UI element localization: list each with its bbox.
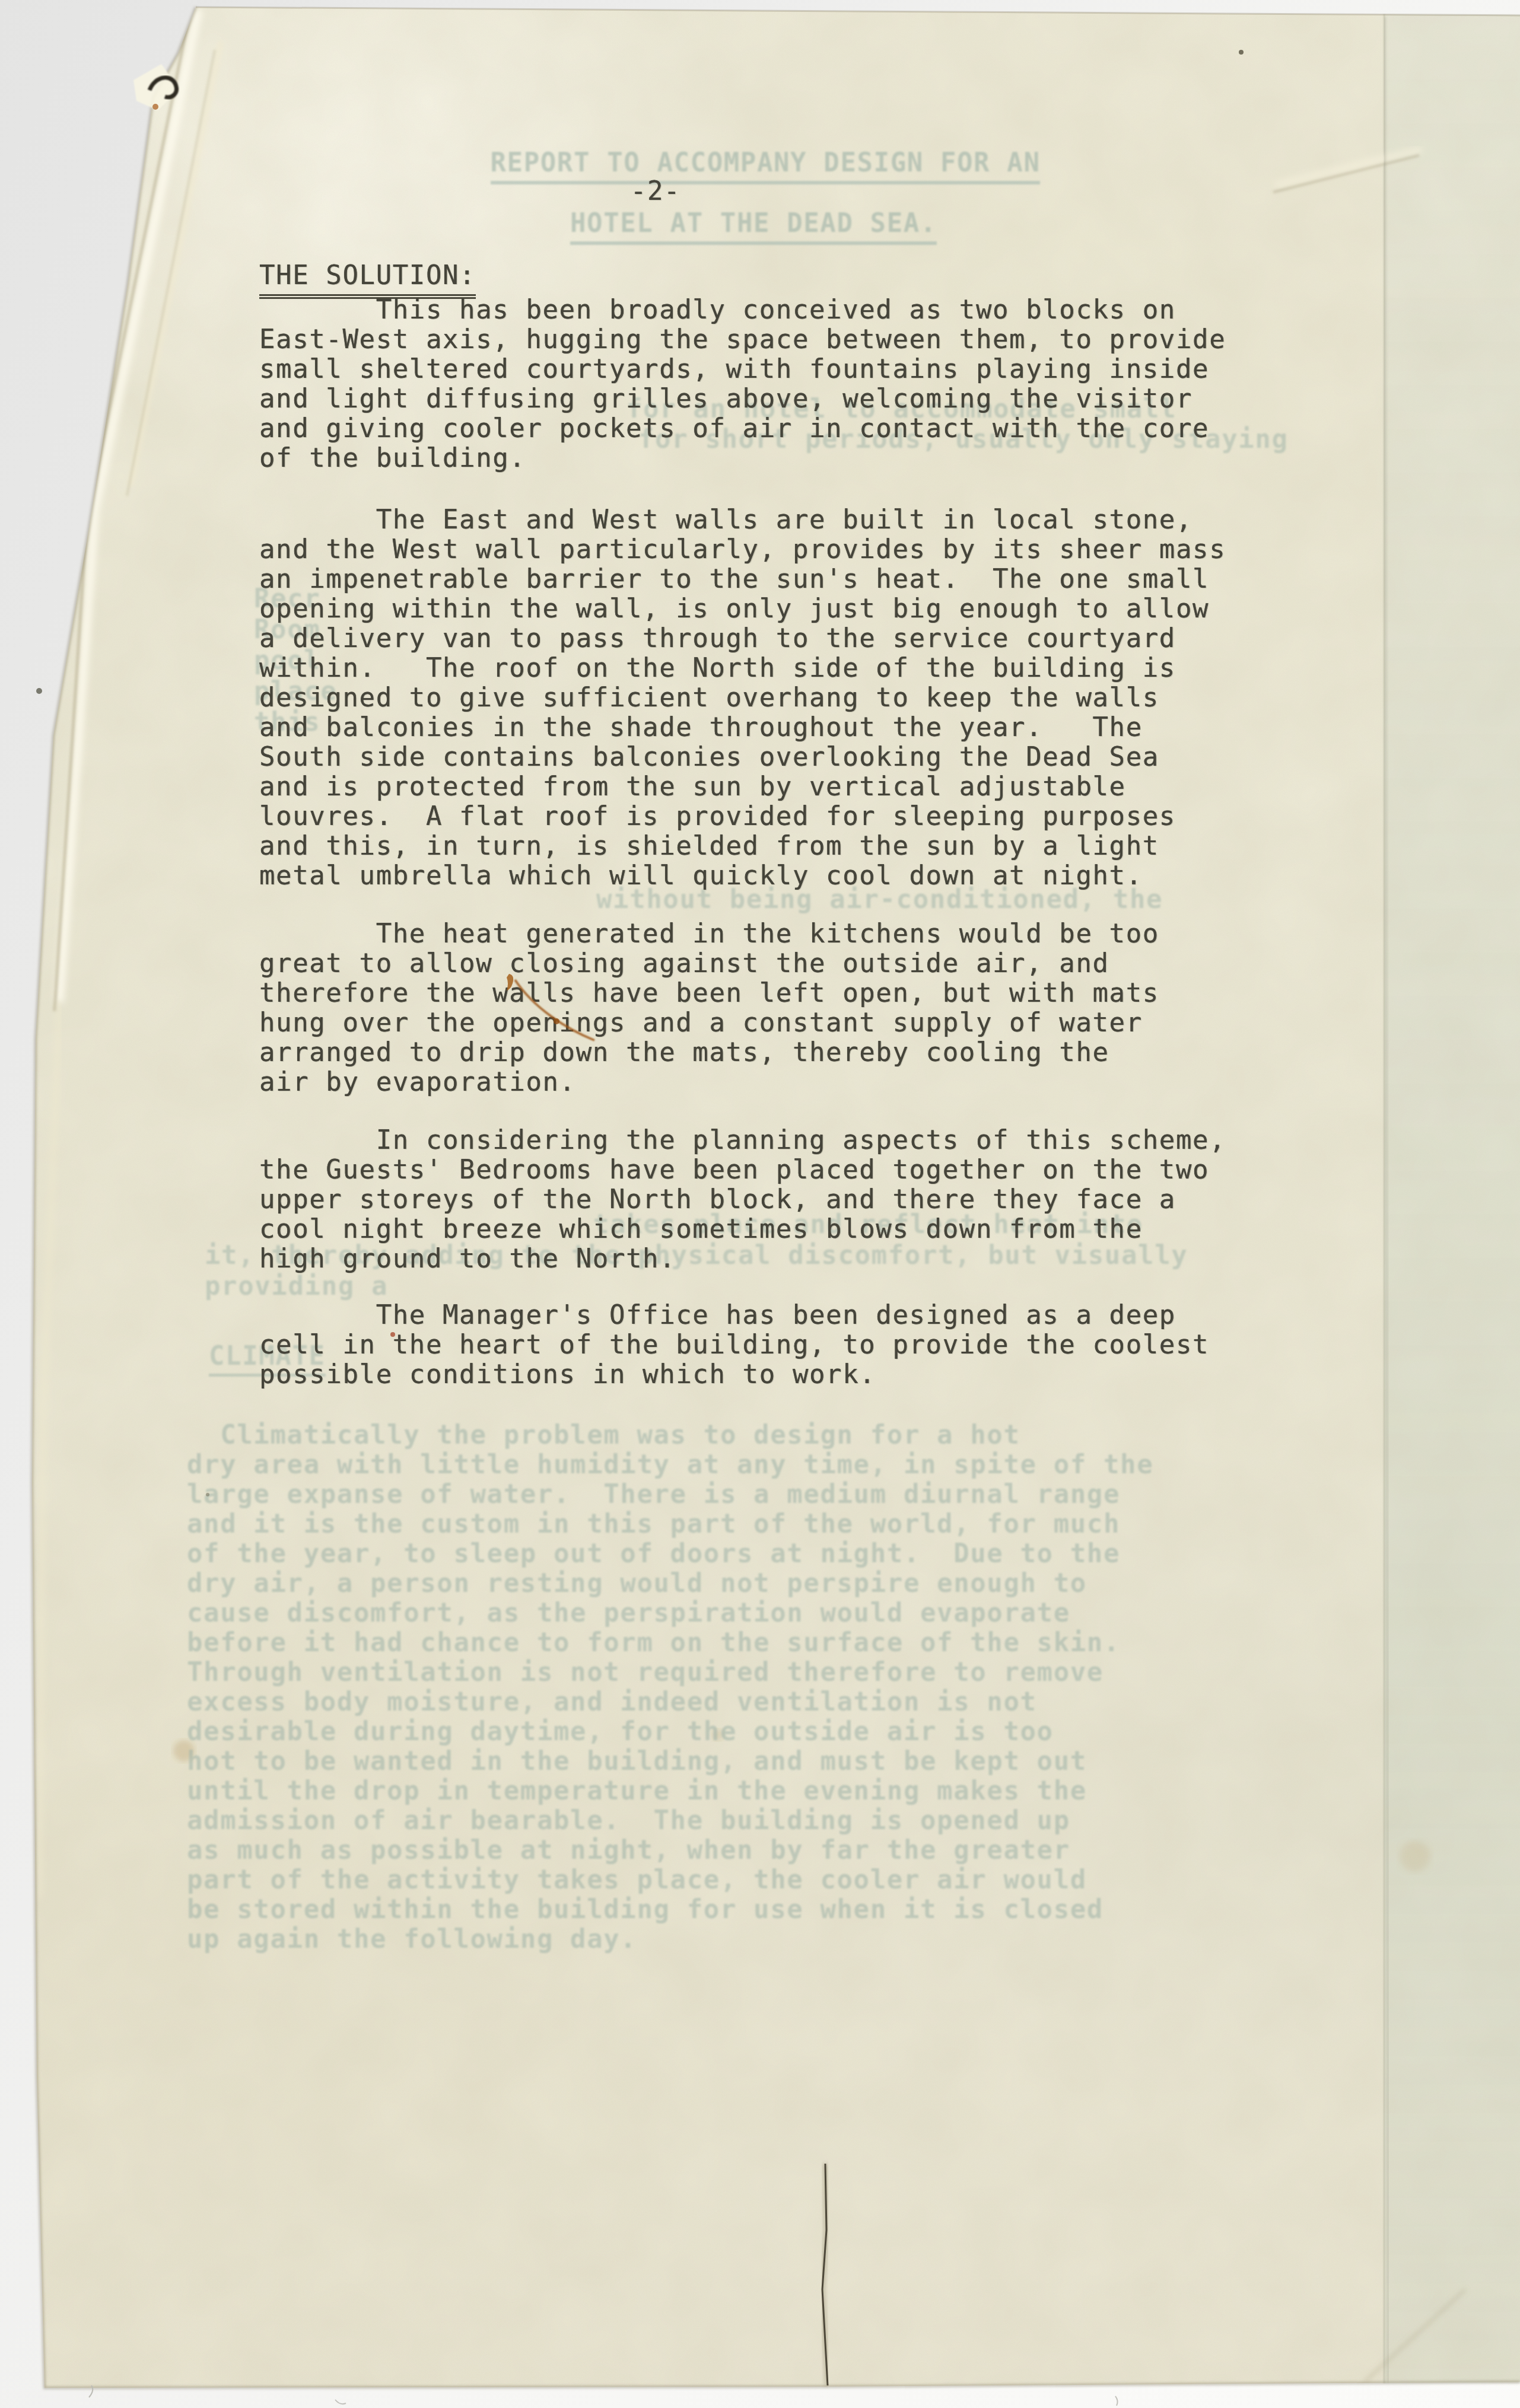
rust-mark [507,974,513,990]
rust-scratch [515,980,594,1040]
speck [1239,50,1244,55]
staple-rust-dot [152,104,158,110]
rust-scratch-blob [554,1018,559,1024]
speck [36,688,42,694]
speck [206,1493,209,1496]
red-fleck [390,1332,395,1337]
torn-paper-flap [133,64,179,110]
surface-marks-layer [0,0,1520,2408]
scanned-document-page: REPORT TO ACCOMPANY DESIGN FOR AN HOTEL … [0,0,1520,2408]
